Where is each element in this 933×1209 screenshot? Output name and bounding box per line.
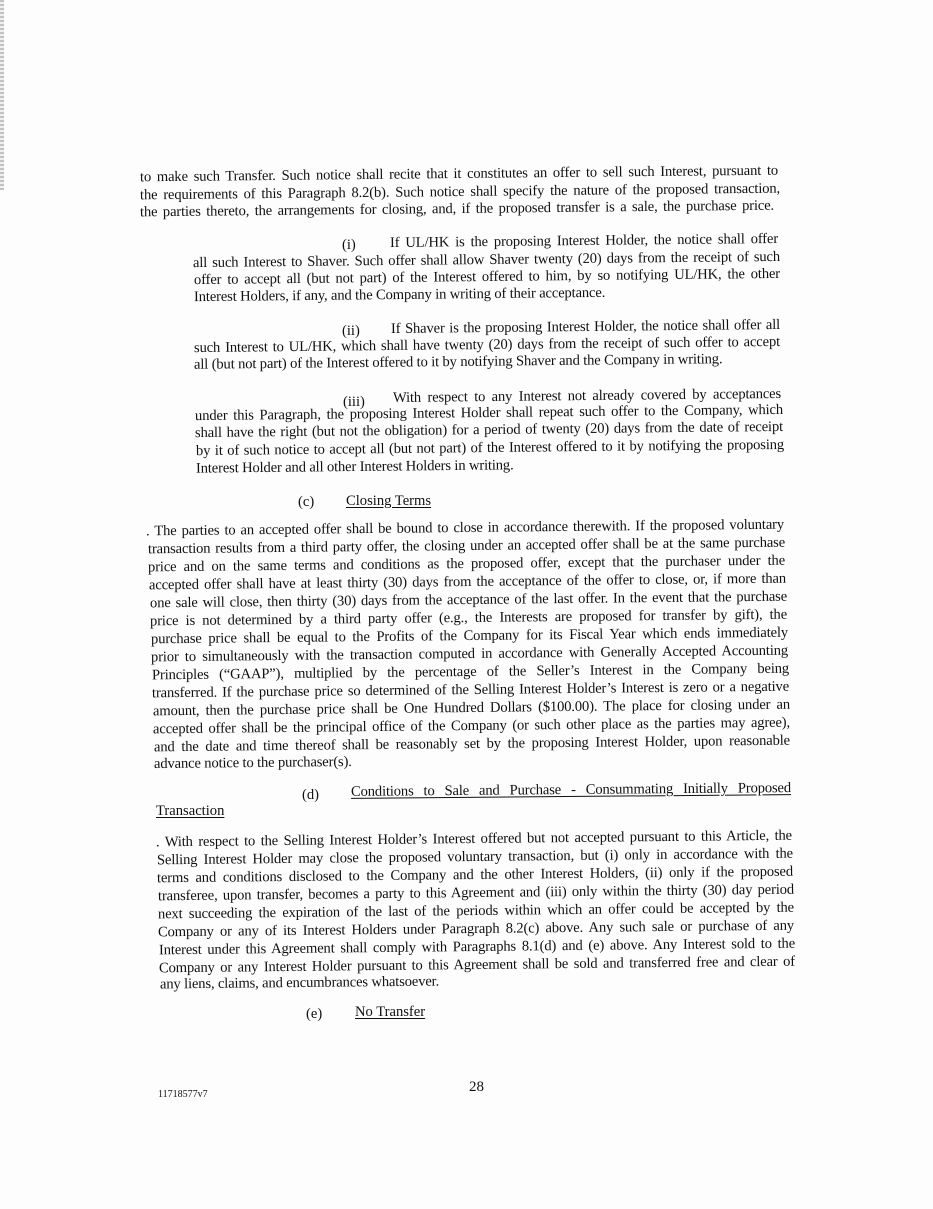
text-line: any liens, claims, and encumbrances what…	[160, 973, 439, 994]
section-label: (e)	[306, 1006, 322, 1023]
text-line: Interest Holders, if any, and the Compan…	[194, 284, 605, 306]
section-heading: Closing Terms	[346, 493, 431, 510]
page-number: 28	[469, 1079, 484, 1096]
document-id: 11718577v7	[158, 1089, 208, 1100]
text-line: Interest Holder and all other Interest H…	[196, 456, 514, 477]
section-heading-continued: Transaction	[156, 803, 224, 820]
scan-edge-artifact	[0, 0, 4, 190]
text-line: advance notice to the purchaser(s).	[154, 753, 352, 773]
section-label: (c)	[298, 494, 314, 511]
document-page: to make such Transfer. Such notice shall…	[0, 0, 933, 1209]
section-heading: No Transfer	[355, 1004, 425, 1021]
section-label: (d)	[302, 787, 319, 804]
section-heading: Conditions to Sale and Purchase - Consum…	[351, 779, 791, 801]
